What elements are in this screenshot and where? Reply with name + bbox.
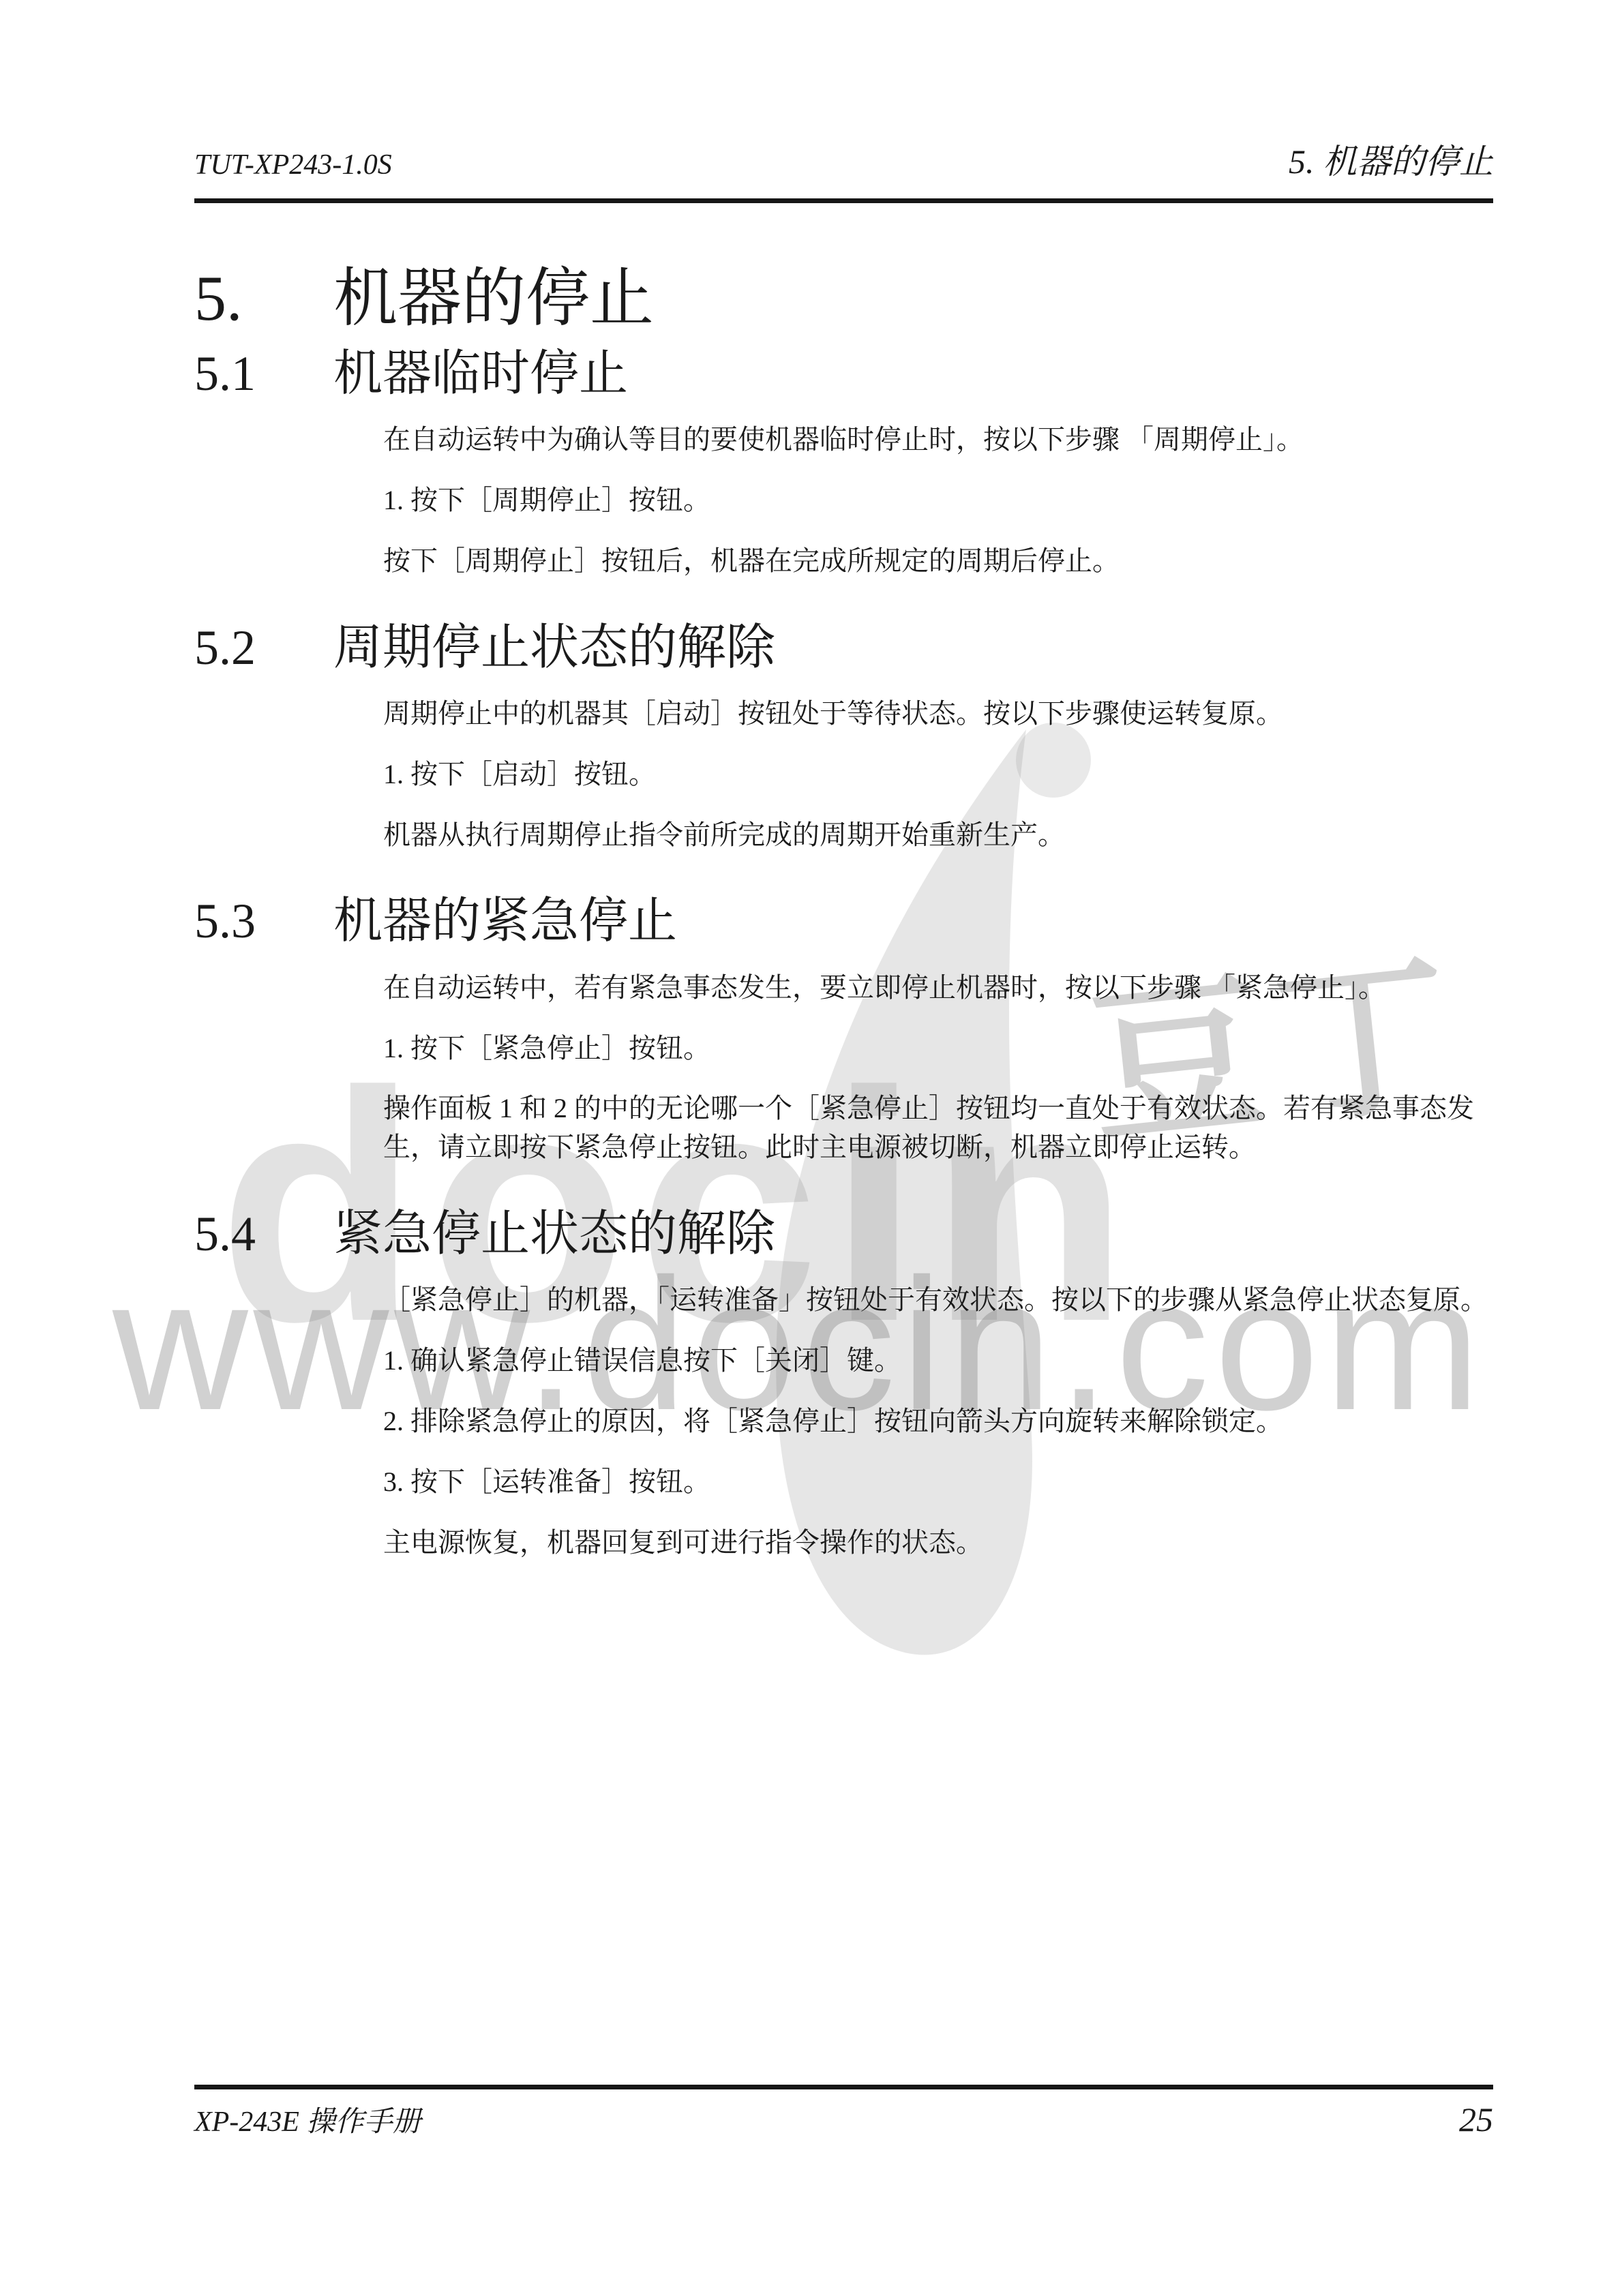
paragraph: 在自动运转中为确认等目的要使机器临时停止时，按以下步骤 「周期停止」。	[383, 421, 1493, 459]
numbered-step: 1. 确认紧急停止错误信息按下［关闭］键。	[383, 1342, 1493, 1380]
header-doc-code: TUT-XP243-1.0S	[194, 149, 392, 181]
numbered-step: 3. 按下［运转准备］按钮。	[383, 1463, 1493, 1502]
paragraph: 按下［周期停止］按钮后，机器在完成所规定的周期后停止。	[383, 542, 1493, 581]
paragraph: 周期停止中的机器其［启动］按钮处于等待状态。按以下步骤使运转复原。	[383, 695, 1493, 734]
chapter-number: 5.	[194, 260, 333, 337]
section-5-4: 5.4 紧急停止状态的解除 ［紧急停止］的机器，「运转准备」按钮处于有效状态。按…	[194, 1205, 1493, 1562]
page-number: 25	[1459, 2100, 1493, 2139]
numbered-step: 2. 排除紧急停止的原因，将［紧急停止］按钮向箭头方向旋转来解除锁定。	[383, 1402, 1493, 1441]
section-heading-text: 机器的紧急停止	[333, 892, 677, 950]
page-content: TUT-XP243-1.0S 5. 机器的停止 5. 机器的停止 5.1 机器临…	[0, 0, 1620, 1562]
section-5-3: 5.3 机器的紧急停止 在自动运转中，若有紧急事态发生，要立即停止机器时，按以下…	[194, 892, 1493, 1167]
section-number: 5.3	[194, 892, 333, 950]
paragraph: 操作面板 1 和 2 的中的无论哪一个［紧急停止］按钮均一直处于有效状态。若有紧…	[383, 1089, 1493, 1167]
numbered-step: 1. 按下［紧急停止］按钮。	[383, 1029, 1493, 1068]
section-number: 5.1	[194, 344, 333, 403]
numbered-step: 1. 按下［周期停止］按钮。	[383, 481, 1493, 520]
header-chapter-title: 5. 机器的停止	[1289, 143, 1493, 181]
section-heading-text: 紧急停止状态的解除	[333, 1205, 775, 1263]
section-number: 5.2	[194, 618, 333, 677]
paragraph: 机器从执行周期停止指令前所完成的周期开始重新生产。	[383, 816, 1493, 855]
section-heading: 5.2 周期停止状态的解除	[194, 618, 1493, 677]
section-5-2: 5.2 周期停止状态的解除 周期停止中的机器其［启动］按钮处于等待状态。按以下步…	[194, 618, 1493, 855]
numbered-step: 1. 按下［启动］按钮。	[383, 755, 1493, 794]
manual-page: docin 豆丁 www.docin.com TUT-XP243-1.0S 5.…	[0, 0, 1620, 2296]
section-heading-text: 周期停止状态的解除	[333, 618, 775, 677]
paragraph: ［紧急停止］的机器，「运转准备」按钮处于有效状态。按以下的步骤从紧急停止状态复原…	[383, 1281, 1493, 1320]
section-heading: 5.4 紧急停止状态的解除	[194, 1205, 1493, 1263]
section-5-1: 5.1 机器临时停止 在自动运转中为确认等目的要使机器临时停止时，按以下步骤 「…	[194, 344, 1493, 581]
chapter-title: 5. 机器的停止	[194, 260, 1493, 337]
paragraph: 在自动运转中，若有紧急事态发生，要立即停止机器时，按以下步骤 「紧急停止」。	[383, 969, 1493, 1008]
footer-manual-name: XP-243E 操作手册	[194, 2099, 421, 2140]
chapter-title-text: 机器的停止	[333, 260, 654, 337]
section-heading: 5.3 机器的紧急停止	[194, 892, 1493, 950]
page-header: TUT-XP243-1.0S 5. 机器的停止	[194, 0, 1493, 203]
section-heading: 5.1 机器临时停止	[194, 344, 1493, 403]
section-heading-text: 机器临时停止	[333, 344, 628, 403]
paragraph: 主电源恢复，机器回复到可进行指令操作的状态。	[383, 1524, 1493, 1562]
section-number: 5.4	[194, 1205, 333, 1263]
page-footer: XP-243E 操作手册 25	[194, 2085, 1493, 2140]
